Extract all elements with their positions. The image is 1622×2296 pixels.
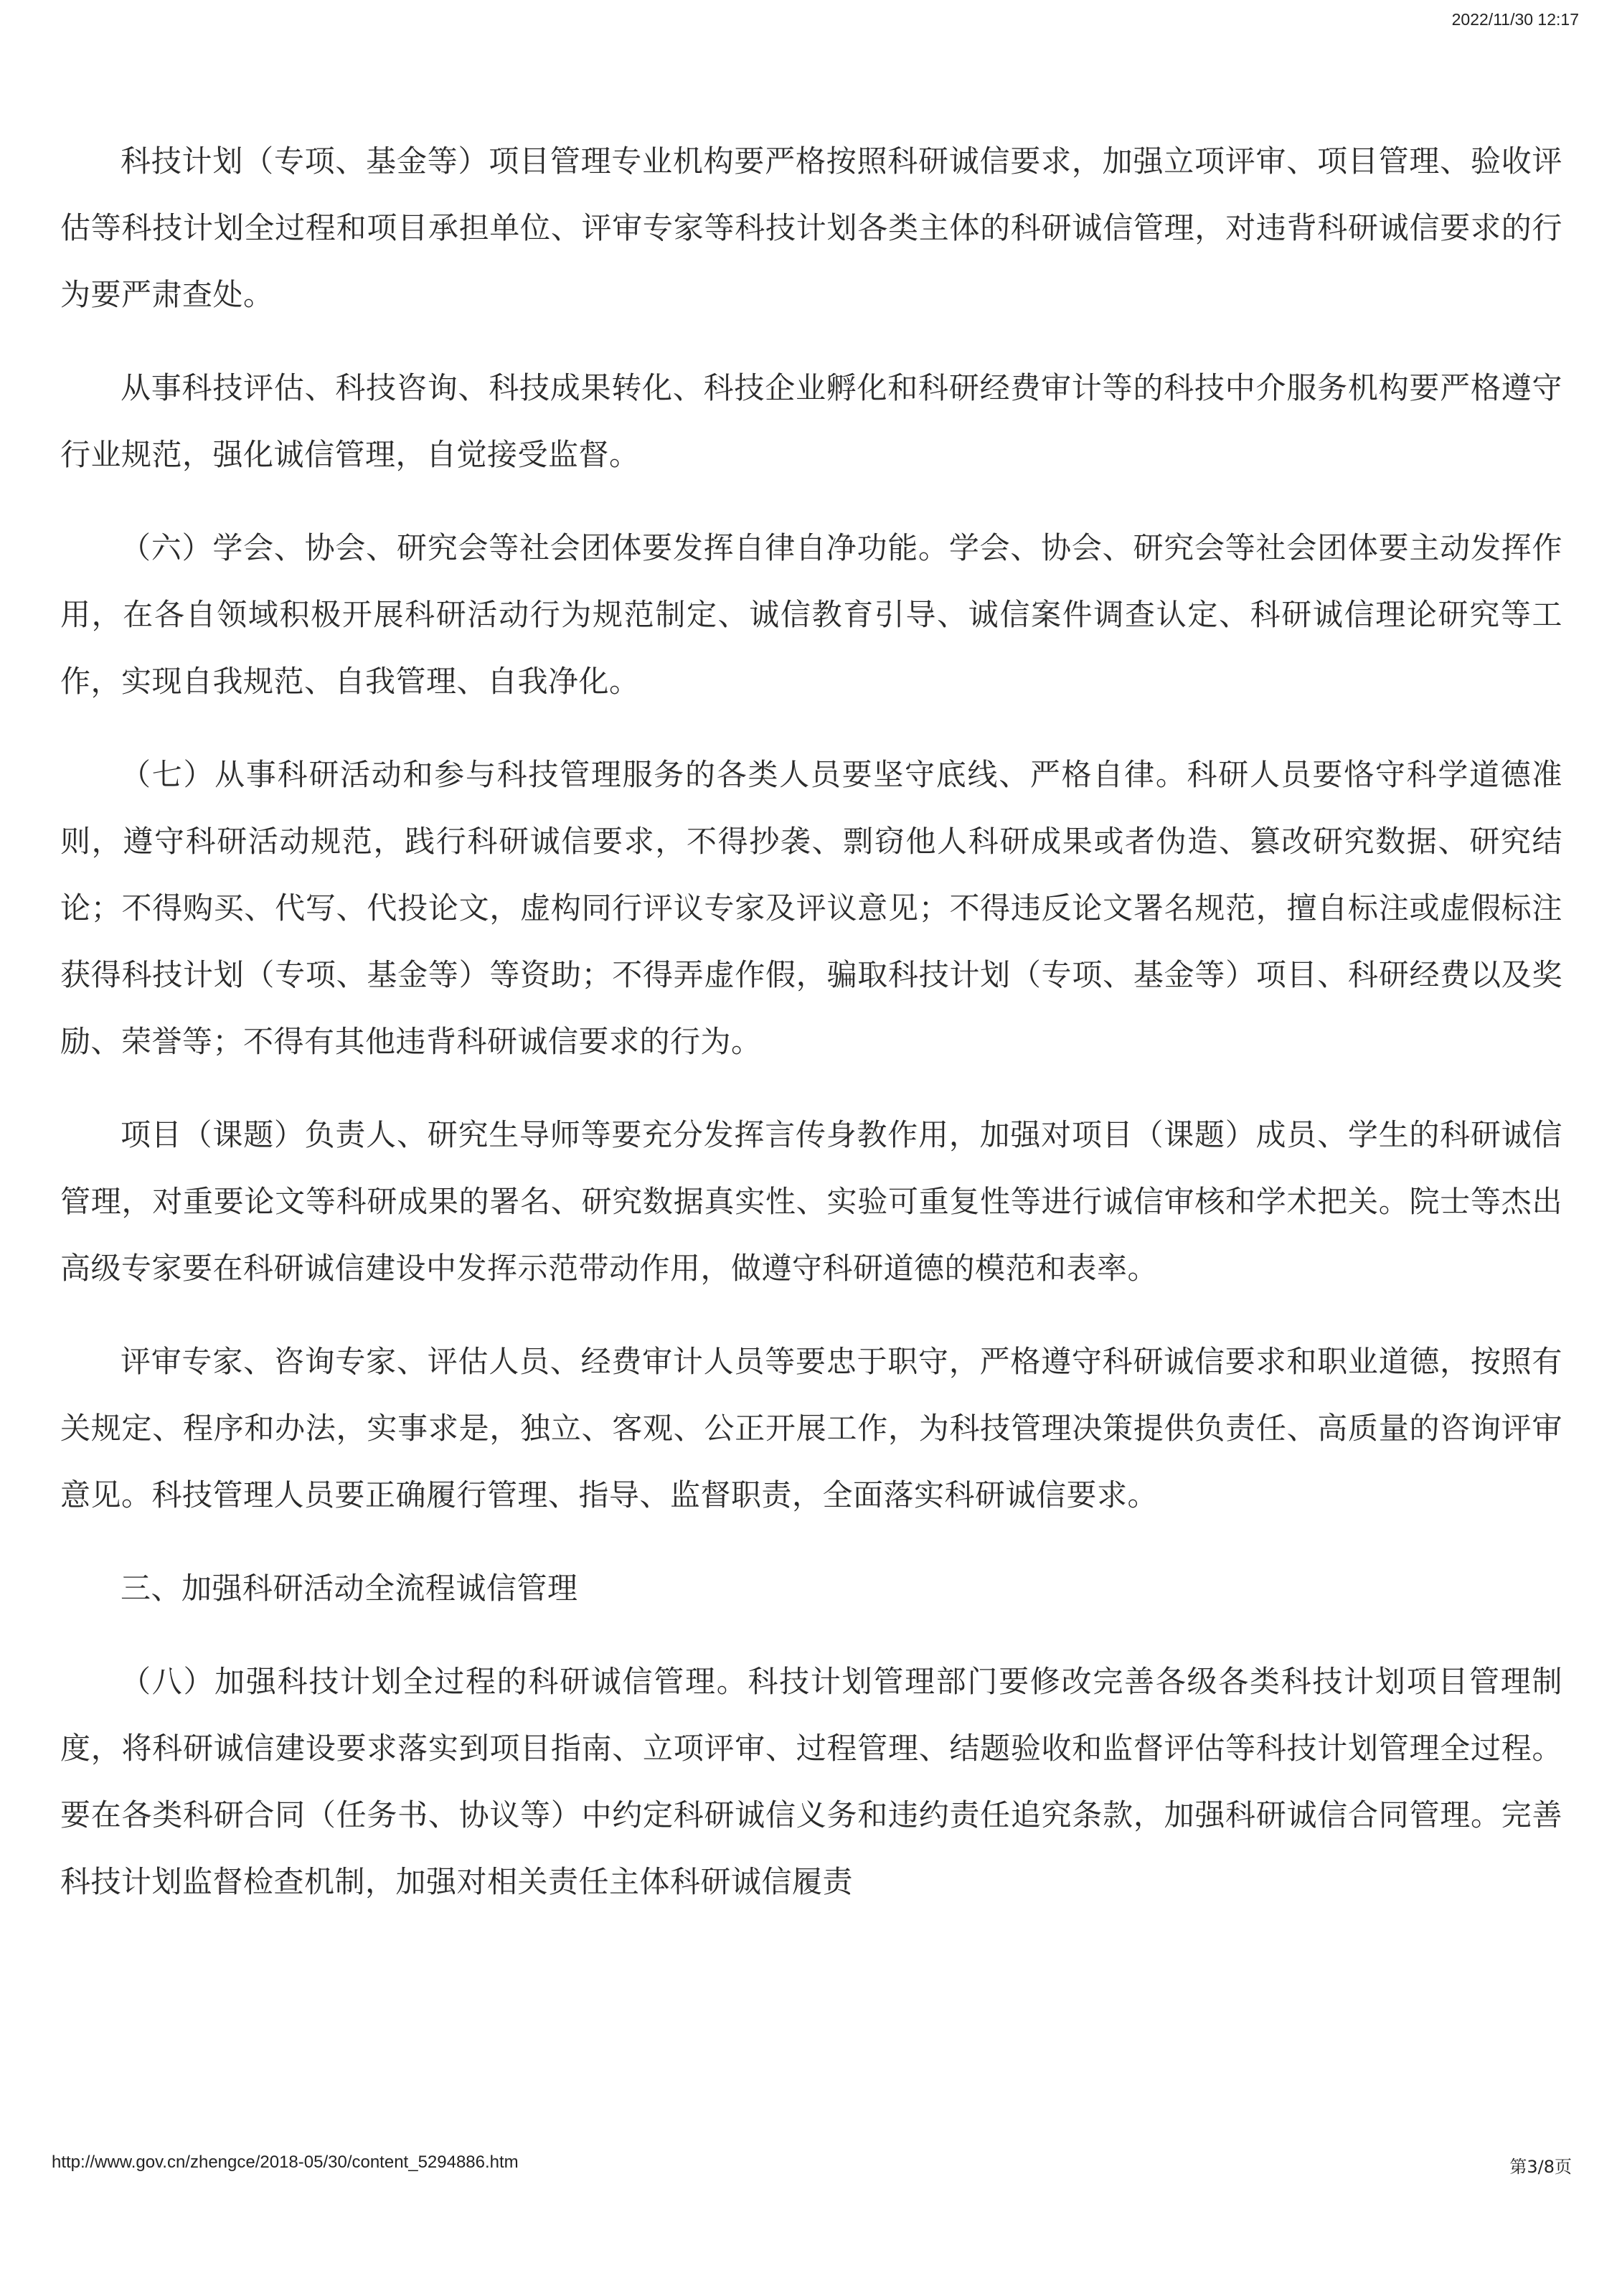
paragraph: （七）从事科研活动和参与科技管理服务的各类人员要坚守底线、严格自律。科研人员要恪… (60, 741, 1562, 1075)
paragraph: 评审专家、咨询专家、评估人员、经费审计人员等要忠于职守，严格遵守科研诚信要求和职… (60, 1328, 1562, 1528)
paragraph: 科技计划（专项、基金等）项目管理专业机构要严格按照科研诚信要求，加强立项评审、项… (60, 128, 1562, 328)
paragraph: （八）加强科技计划全过程的科研诚信管理。科技计划管理部门要修改完善各级各类科技计… (60, 1648, 1562, 1915)
paragraph: 从事科技评估、科技咨询、科技成果转化、科技企业孵化和科研经费审计等的科技中介服务… (60, 354, 1562, 488)
source-url: http://www.gov.cn/zhengce/2018-05/30/con… (52, 2152, 519, 2173)
document-body: 科技计划（专项、基金等）项目管理专业机构要严格按照科研诚信要求，加强立项评审、项… (121, 128, 1562, 1942)
print-timestamp: 2022/11/30 12:17 (1452, 10, 1579, 29)
page-number: 第3/8页 (1509, 2152, 1572, 2178)
section-heading: 三、加强科研活动全流程诚信管理 (121, 1555, 1562, 1622)
paragraph: 项目（课题）负责人、研究生导师等要充分发挥言传身教作用，加强对项目（课题）成员、… (60, 1101, 1562, 1302)
paragraph: （六）学会、协会、研究会等社会团体要发挥自律自净功能。学会、协会、研究会等社会团… (60, 514, 1562, 715)
